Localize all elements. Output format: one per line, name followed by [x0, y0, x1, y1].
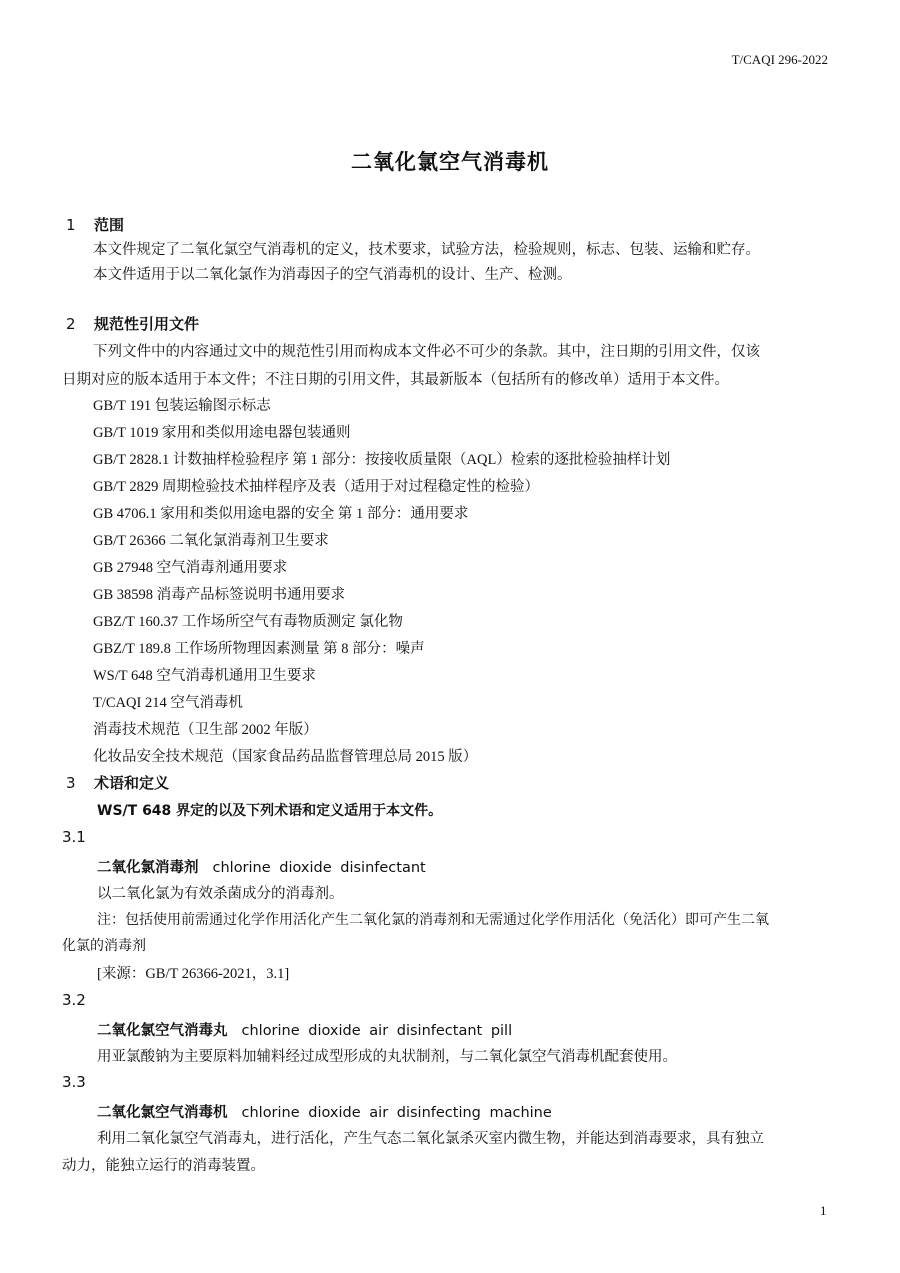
reference-item: GB/T 2829 周期检验技术抽样程序及表（适用于对过程稳定性的检验） [93, 475, 539, 496]
term-title: 二氧化氯消毒剂chlorine dioxide disinfectant [97, 856, 426, 877]
term-title: 二氧化氯空气消毒机chlorine dioxide air disinfecti… [97, 1101, 552, 1122]
term-english: chlorine dioxide air disinfectant pill [242, 1023, 513, 1039]
term-definition: 以二氧化氯为有效杀菌成分的消毒剂。 [97, 882, 344, 903]
term-definition: 动力，能独立运行的消毒装置。 [62, 1154, 265, 1175]
section-number: 1 [66, 216, 94, 234]
section-intro: WS/T 648 界定的以及下列术语和定义适用于本文件。 [97, 800, 442, 820]
paragraph: 本文件规定了二氧化氯空气消毒机的定义，技术要求，试验方法，检验规则，标志、包装、… [93, 238, 760, 259]
section-title: 范围 [94, 216, 124, 234]
term-number: 3.1 [62, 828, 86, 846]
term-note: 化氯的消毒剂 [62, 935, 146, 955]
reference-item: GB/T 191 包装运输图示标志 [93, 394, 271, 415]
reference-item: GBZ/T 189.8 工作场所物理因素测量 第 8 部分：噪声 [93, 637, 425, 658]
section-number: 2 [66, 315, 94, 333]
term-chinese: 二氧化氯空气消毒丸 [97, 1023, 228, 1039]
term-chinese: 二氧化氯消毒剂 [97, 860, 199, 876]
reference-item: GB 38598 消毒产品标签说明书通用要求 [93, 583, 345, 604]
section-2-heading: 2规范性引用文件 [66, 313, 199, 334]
section-3-heading: 3术语和定义 [66, 772, 169, 793]
term-chinese: 二氧化氯空气消毒机 [97, 1105, 228, 1121]
page-number: 1 [820, 1203, 827, 1219]
reference-item: 消毒技术规范（卫生部 2002 年版） [93, 718, 318, 739]
section-title: 术语和定义 [94, 774, 169, 792]
term-english: chlorine dioxide disinfectant [213, 860, 426, 876]
reference-item: GB/T 26366 二氧化氯消毒剂卫生要求 [93, 529, 329, 550]
term-title: 二氧化氯空气消毒丸chlorine dioxide air disinfecta… [97, 1019, 512, 1040]
reference-item: T/CAQI 214 空气消毒机 [93, 691, 243, 712]
paragraph: 本文件适用于以二氧化氯作为消毒因子的空气消毒机的设计、生产、检测。 [93, 263, 572, 284]
term-definition: 用亚氯酸钠为主要原料加辅料经过成型形成的丸状制剂，与二氧化氯空气消毒机配套使用。 [97, 1045, 677, 1066]
section-1-heading: 1范围 [66, 214, 124, 235]
reference-item: GBZ/T 160.37 工作场所空气有毒物质测定 氯化物 [93, 610, 403, 631]
paragraph: 日期对应的版本适用于本文件；不注日期的引用文件，其最新版本（包括所有的修改单）适… [62, 368, 729, 389]
term-source: [来源：GB/T 26366-2021，3.1] [97, 962, 289, 983]
term-note: 注：包括使用前需通过化学作用活化产生二氧化氯的消毒剂和无需通过化学作用活化（免活… [97, 909, 769, 929]
section-title: 规范性引用文件 [94, 315, 199, 333]
reference-item: GB/T 2828.1 计数抽样检验程序 第 1 部分：按接收质量限（AQL）检… [93, 448, 670, 469]
section-number: 3 [66, 774, 94, 792]
reference-item: GB/T 1019 家用和类似用途电器包装通则 [93, 421, 351, 442]
reference-item: GB 4706.1 家用和类似用途电器的安全 第 1 部分：通用要求 [93, 502, 468, 523]
document-code: T/CAQI 296-2022 [732, 52, 828, 68]
term-number: 3.3 [62, 1073, 86, 1091]
term-definition: 利用二氧化氯空气消毒丸，进行活化，产生气态二氧化氯杀灭室内微生物，并能达到消毒要… [97, 1127, 764, 1148]
reference-item: GB 27948 空气消毒剂通用要求 [93, 556, 287, 577]
page-title: 二氧化氯空气消毒机 [0, 146, 900, 176]
term-number: 3.2 [62, 991, 86, 1009]
paragraph: 下列文件中的内容通过文中的规范性引用而构成本文件必不可少的条款。其中，注日期的引… [93, 340, 760, 361]
reference-item: 化妆品安全技术规范（国家食品药品监督管理总局 2015 版） [93, 745, 477, 766]
reference-item: WS/T 648 空气消毒机通用卫生要求 [93, 664, 316, 685]
term-english: chlorine dioxide air disinfecting machin… [242, 1105, 552, 1121]
